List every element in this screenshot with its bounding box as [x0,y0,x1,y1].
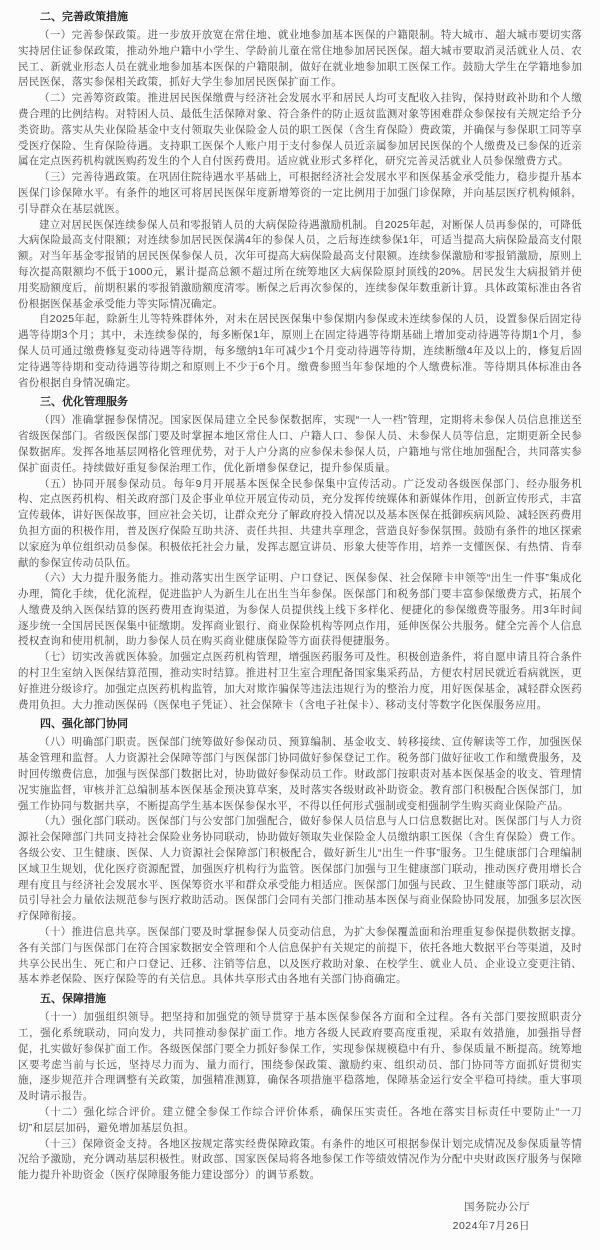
paragraph-8: （八）明确部门职责。医保部门统筹做好参保动员、预算编制、基金收支、转移接续、宣传… [18,735,582,814]
section-heading-4: 四、强化部门协同 [18,716,582,732]
issue-date: 2024年7月26日 [18,1217,530,1236]
paragraph-11: （十一）加强组织领导。把坚持和加强党的领导贯穿于基本医保参保各方面和全过程。各有… [18,1010,582,1105]
paragraph-5: （五）协同开展参保动员。每年9月开展基本医保全民参保集中宣传活动。广泛发动各级医… [18,477,582,572]
section-heading-5: 五、保障措施 [18,991,582,1007]
signature-block: 国务院办公厅 2024年7月26日 [18,1198,582,1236]
paragraph-9: （九）强化部门联动。医保部门与公安部门加强配合，做好参保人员信息与人口信息数据比… [18,814,582,925]
issuing-authority: 国务院办公厅 [18,1198,530,1217]
paragraph-12: （十二）强化综合评价。建立健全参保工作综合评价体系，确保压实责任。各地在落实目标… [18,1105,582,1137]
paragraph-13: （十三）保障资金支持。各地区按规定落实经费保障政策。有条件的地区可根据参保计划完… [18,1137,582,1184]
paragraph-1: （一）完善参保政策。进一步放开放宽在常住地、就业地参加基本医保的户籍限制。特大城… [18,28,582,91]
paragraph-3-supplement-1: 建立对居民医保连续参保人员和零报销人员的大病保险待遇激励机制。自2025年起，对… [18,218,582,313]
paragraph-2: （二）完善筹资政策。推进居民医保缴费与经济社会发展水平和居民人均可支配收入挂钩，… [18,91,582,170]
section-heading-2: 二、完善政策措施 [18,9,582,25]
policy-document: 二、完善政策措施 （一）完善参保政策。进一步放开放宽在常住地、就业地参加基本医保… [0,0,600,1250]
paragraph-4: （四）准确掌握参保情况。国家医保局建立全民参保数据库，实现“一人一档”管理，定期… [18,413,582,476]
paragraph-3: （三）完善待遇政策。在巩固住院待遇水平基础上，可根据经济社会发展水平和医保基金承… [18,170,582,217]
paragraph-6: （六）大力提升服务能力。推动落实出生医学证明、户口登记、医保参保、社会保障卡申领… [18,571,582,650]
paragraph-10: （十）推进信息共享。医保部门要及时掌握参保人员变动信息，为扩大参保覆盖面和治理重… [18,925,582,988]
section-heading-3: 三、优化管理服务 [18,394,582,410]
paragraph-7: （七）切实改善就医体验。加强定点医药机构管理，增强医药服务可及性。积极创造条件，… [18,650,582,713]
paragraph-3-supplement-2: 自2025年起，除新生儿等特殊群体外，对未在居民医保集中参保期内参保或未连续参保… [18,312,582,391]
